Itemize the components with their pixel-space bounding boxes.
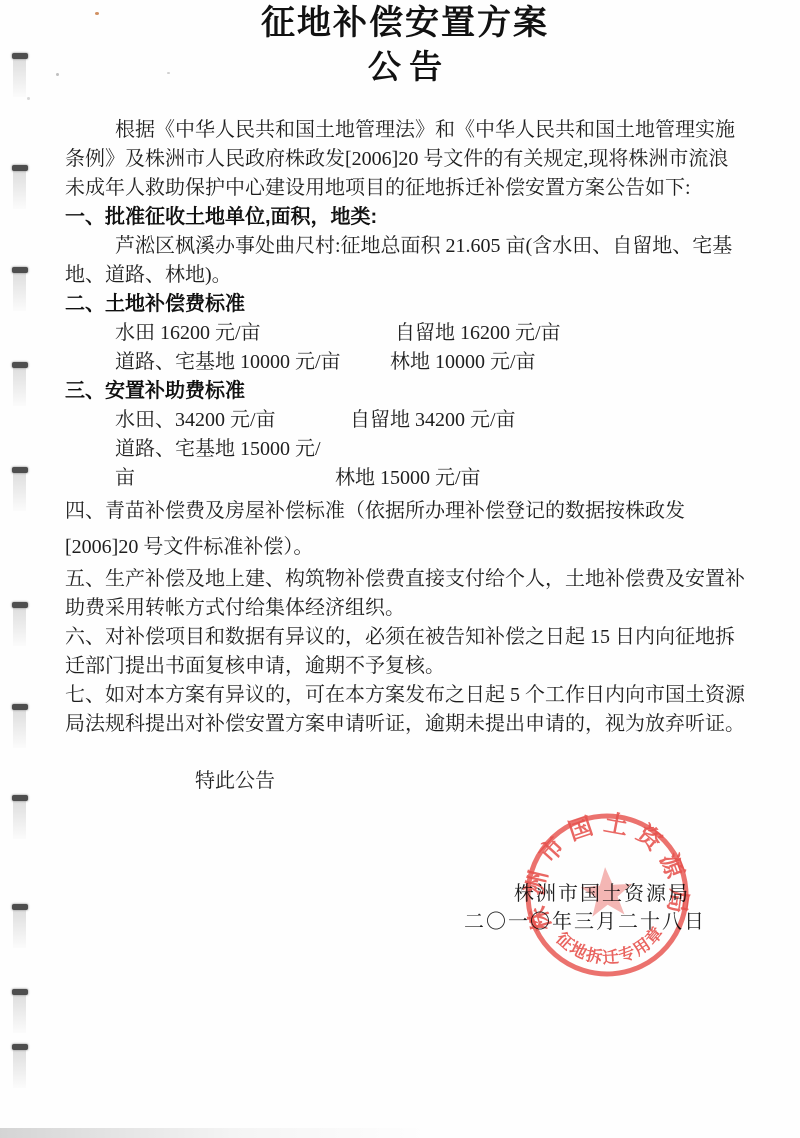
section-2-heading: 二、土地补偿费标准 xyxy=(65,290,745,319)
fee-cell: 水田、34200 元/亩 xyxy=(115,406,345,435)
binding-mark xyxy=(12,1044,28,1050)
page-edge-shadow xyxy=(0,1128,430,1138)
fee-cell: 林地 10000 元/亩 xyxy=(390,351,536,373)
scan-speck xyxy=(95,12,99,15)
fee-row: 水田 16200 元/亩 自留地 16200 元/亩 xyxy=(65,319,745,348)
signature-date: 二〇一〇年三月二十八日 xyxy=(464,905,706,934)
section-7-paragraph: 七、如对本方案有异议的，可在本方案发布之日起 5 个工作日内向市国土资源局法规科… xyxy=(65,681,745,739)
document-body: 征地补偿安置方案 公 告 根据《中华人民共和国土地管理法》和《中华人民共和国土地… xyxy=(65,0,745,796)
document-title: 征地补偿安置方案 xyxy=(65,0,745,48)
document-subtitle: 公 告 xyxy=(65,48,745,88)
fee-cell: 水田 16200 元/亩 xyxy=(115,319,390,348)
section-1-heading: 一、批准征收土地单位,面积，地类: xyxy=(65,203,745,232)
intro-paragraph: 根据《中华人民共和国土地管理法》和《中华人民共和国土地管理实施条例》及株洲市人民… xyxy=(65,116,745,203)
binding-mark xyxy=(12,795,28,801)
fee-cell: 自留地 16200 元/亩 xyxy=(395,322,561,344)
binding-mark xyxy=(12,704,28,710)
closing-text: 特此公告 xyxy=(65,767,745,796)
scan-speck xyxy=(167,72,170,74)
signature-organization: 株洲市国土资源局 xyxy=(514,877,690,906)
binding-mark xyxy=(12,467,28,473)
section-1-body: 芦淞区枫溪办事处曲尺村:征地总面积 21.605 亩(含水田、自留地、宅基地、道… xyxy=(65,232,745,290)
section-4-paragraph: 四、青苗补偿费及房屋补偿标准（依据所办理补偿登记的数据按株政发[2006]20 … xyxy=(65,493,745,565)
fee-row: 道路、宅基地 10000 元/亩 林地 10000 元/亩 xyxy=(65,348,745,377)
fee-cell: 林地 15000 元/亩 xyxy=(335,467,481,489)
section-5-paragraph: 五、生产补偿及地上建、构筑物补偿费直接支付给个人，土地补偿费及安置补助费采用转帐… xyxy=(65,565,745,623)
scan-speck xyxy=(56,73,59,76)
fee-cell: 道路、宅基地 10000 元/亩 xyxy=(115,348,385,377)
scan-speck xyxy=(27,97,30,100)
fee-row: 道路、宅基地 15000 元/亩 林地 15000 元/亩 xyxy=(65,435,745,493)
binding-mark xyxy=(12,989,28,995)
binding-mark xyxy=(12,267,28,273)
fee-cell: 自留地 34200 元/亩 xyxy=(350,409,516,431)
binding-mark xyxy=(12,165,28,171)
binding-mark xyxy=(12,53,28,59)
fee-row: 水田、34200 元/亩 自留地 34200 元/亩 xyxy=(65,406,745,435)
section-3-heading: 三、安置补助费标准 xyxy=(65,377,745,406)
binding-mark xyxy=(12,904,28,910)
fee-cell: 道路、宅基地 15000 元/亩 xyxy=(115,435,330,493)
scanned-document-page: 征地补偿安置方案 公 告 根据《中华人民共和国土地管理法》和《中华人民共和国土地… xyxy=(0,0,800,1138)
section-6-paragraph: 六、对补偿项目和数据有异议的，必须在被告知补偿之日起 15 日内向征地拆迁部门提… xyxy=(65,623,745,681)
binding-mark xyxy=(12,362,28,368)
binding-mark xyxy=(12,602,28,608)
